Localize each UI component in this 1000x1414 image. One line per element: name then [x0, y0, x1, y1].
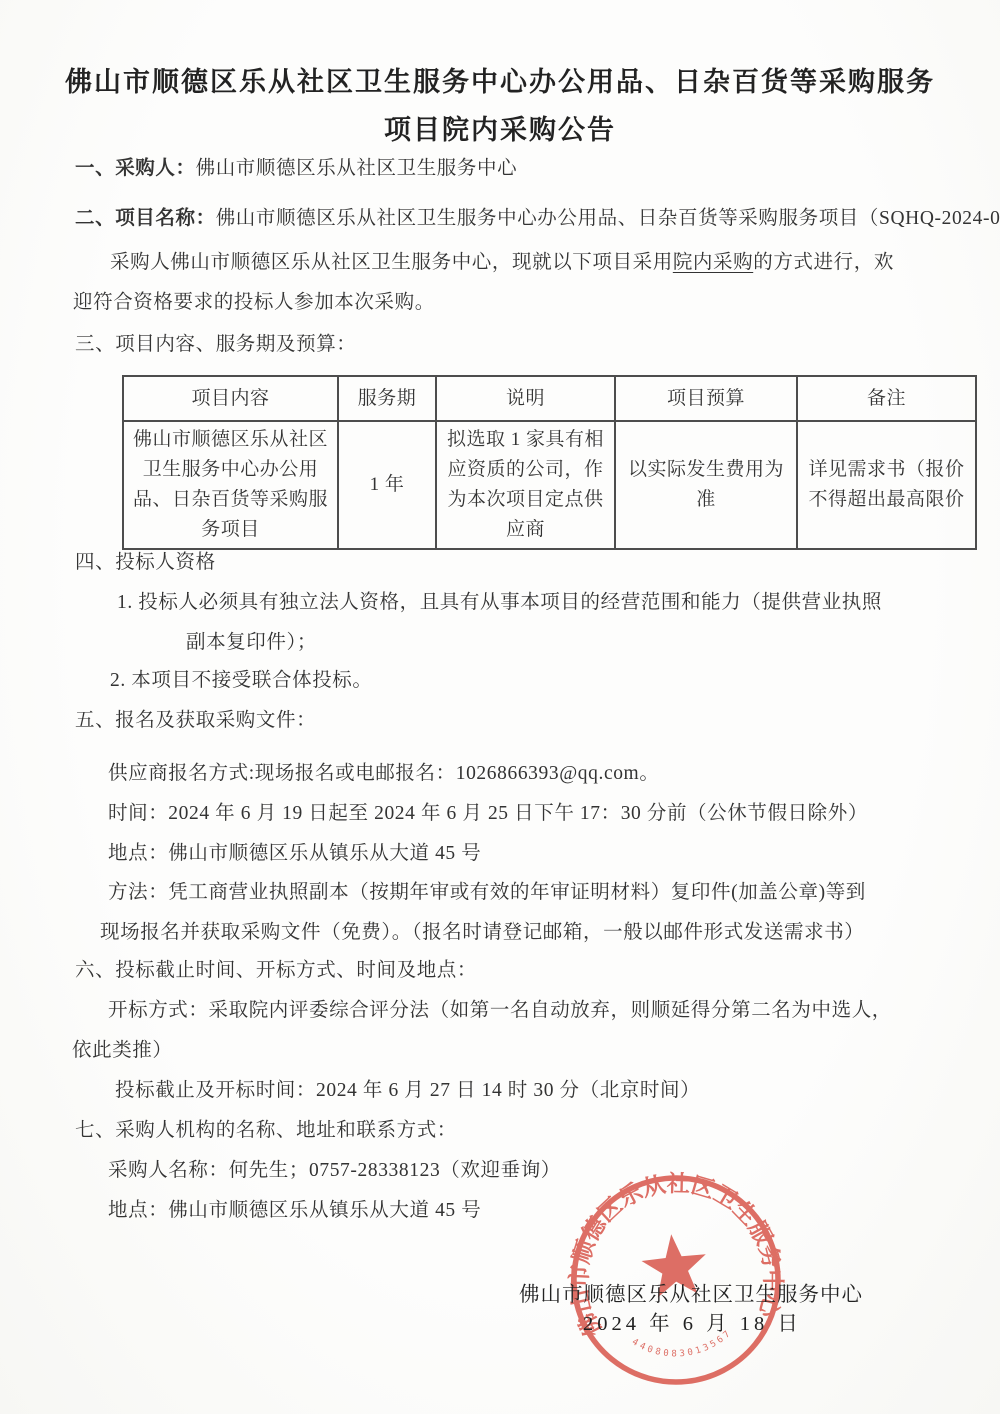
section7-heading: 七、采购人机构的名称、地址和联系方式：: [75, 1114, 457, 1142]
cell-remarks: 详见需求书（报价不得超出最高限价: [797, 421, 976, 549]
section-purchaser: 一、采购人：佛山市顺德区乐从社区卫生服务中心: [75, 152, 517, 180]
intro-post: 的方式进行，欢: [753, 252, 894, 273]
signature-date: 2024 年 6 月 18 日: [583, 1306, 802, 1336]
project-name-value: 佛山市顺德区乐从社区卫生服务中心办公用品、日杂百货等采购服务项目（SQHQ-20…: [216, 208, 1000, 229]
intro-pre: 采购人佛山市顺德区乐从社区卫生服务中心，现就以下项目采用: [110, 252, 673, 273]
document-title-line2: 项目院内采购公告: [0, 108, 1000, 147]
section5-heading: 五、报名及获取采购文件：: [75, 704, 316, 732]
col-header-budget: 项目预算: [615, 376, 797, 421]
purchaser-label: 一、采购人：: [75, 158, 196, 179]
bid-opening-method-line2: 依此类推）: [72, 1034, 173, 1062]
section3-heading: 三、项目内容、服务期及预算：: [75, 328, 356, 356]
cell-description: 拟选取 1 家具有相应资质的公司，作为本次项目定点供应商: [436, 421, 615, 549]
bid-opening-method-line1: 开标方式：采取院内评委综合评分法（如第一名自动放弃，则顺延得分第二名为中选人，: [108, 994, 892, 1022]
registration-method-line: 供应商报名方式:现场报名或电邮报名：1026866393@qq.com。: [108, 757, 659, 785]
col-header-remarks: 备注: [797, 376, 976, 421]
section4-item1-line1: 1. 投标人必须具有独立法人资格，且具有从事本项目的经营范围和能力（提供营业执照: [117, 586, 882, 614]
intro-paragraph-line1: 采购人佛山市顺德区乐从社区卫生服务中心，现就以下项目采用院内采购的方式进行，欢: [110, 246, 894, 274]
section4-item1-line2: 副本复印件）；: [186, 626, 317, 654]
bid-deadline-line: 投标截止及开标时间：2024 年 6 月 27 日 14 时 30 分（北京时间…: [115, 1074, 700, 1102]
section4-heading: 四、投标人资格: [75, 546, 216, 574]
cell-budget: 以实际发生费用为准: [615, 421, 797, 549]
procurement-announcement-document: 佛山市顺德区乐从社区卫生服务中心办公用品、日杂百货等采购服务 项目院内采购公告 …: [0, 0, 1000, 1414]
document-title-line1: 佛山市顺德区乐从社区卫生服务中心办公用品、日杂百货等采购服务: [0, 60, 1000, 99]
table-header-row: 项目内容 服务期 说明 项目预算 备注: [123, 376, 976, 421]
contact-address-line: 地点：佛山市顺德区乐从镇乐从大道 45 号: [108, 1194, 481, 1222]
col-header-project-content: 项目内容: [123, 376, 338, 421]
project-name-label: 二、项目名称：: [75, 208, 216, 229]
registration-procedure-line1: 方法：凭工商营业执照副本（按期年审或有效的年审证明材料）复印件(加盖公章)等到: [108, 876, 866, 904]
table-row: 佛山市顺德区乐从社区卫生服务中心办公用品、日杂百货等采购服务项目 1 年 拟选取…: [123, 421, 976, 549]
intro-underlined-term: 院内采购: [673, 252, 753, 273]
cell-service-period: 1 年: [338, 421, 436, 549]
registration-place-line: 地点：佛山市顺德区乐从镇乐从大道 45 号: [108, 837, 481, 865]
registration-procedure-line2: 现场报名并获取采购文件（免费）。（报名时请登记邮箱，一般以邮件形式发送需求书）: [100, 916, 864, 944]
col-header-description: 说明: [436, 376, 615, 421]
col-header-service-period: 服务期: [338, 376, 436, 421]
cell-project-content: 佛山市顺德区乐从社区卫生服务中心办公用品、日杂百货等采购服务项目: [123, 421, 338, 549]
registration-time-line: 时间：2024 年 6 月 19 日起至 2024 年 6 月 25 日下午 1…: [108, 797, 868, 825]
contact-name-line: 采购人名称：何先生；0757-28338123（欢迎垂询）: [108, 1154, 561, 1182]
project-summary-table: 项目内容 服务期 说明 项目预算 备注 佛山市顺德区乐从社区卫生服务中心办公用品…: [122, 375, 977, 550]
section4-item2: 2. 本项目不接受联合体投标。: [110, 664, 373, 692]
intro-paragraph-line2: 迎符合资格要求的投标人参加本次采购。: [73, 286, 435, 314]
signature-organization: 佛山市顺德区乐从社区卫生服务中心: [519, 1277, 863, 1307]
section6-heading: 六、投标截止时间、开标方式、时间及地点：: [75, 954, 477, 982]
purchaser-value: 佛山市顺德区乐从社区卫生服务中心: [196, 158, 518, 179]
section-project-name: 二、项目名称：佛山市顺德区乐从社区卫生服务中心办公用品、日杂百货等采购服务项目（…: [75, 202, 1000, 230]
